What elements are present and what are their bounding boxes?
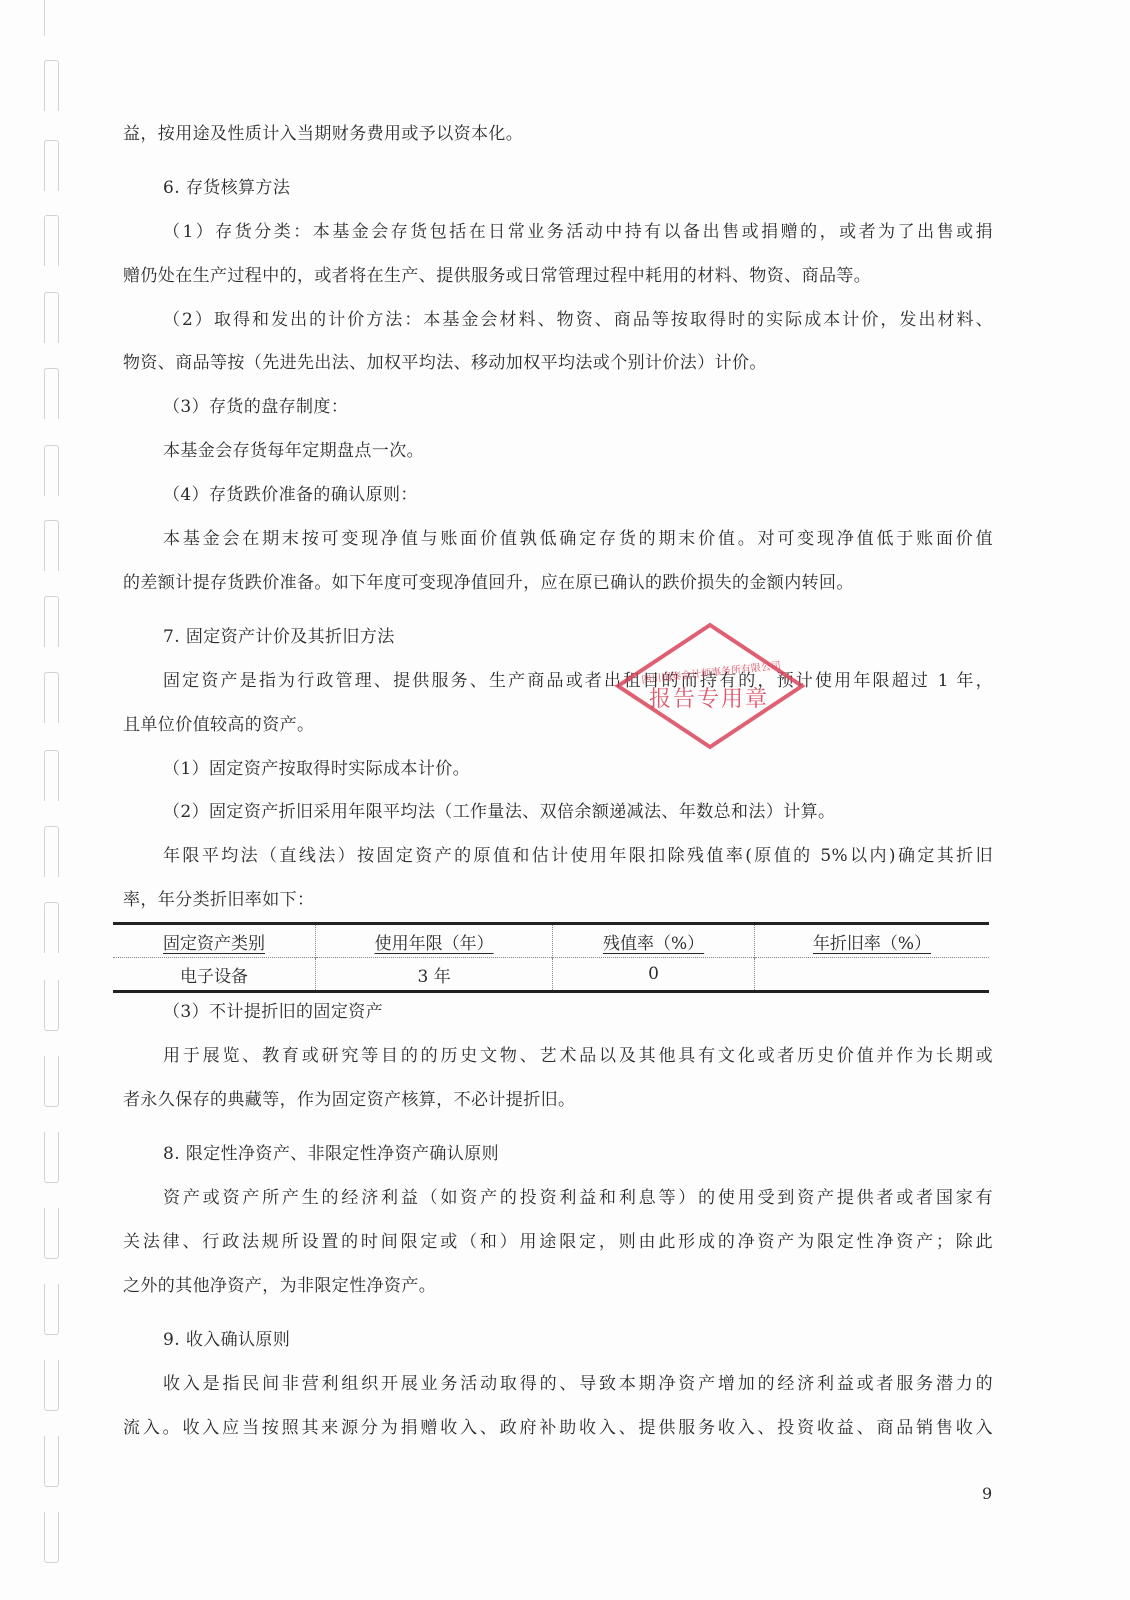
cell-useful-life: 3 年 [316,958,553,992]
cell-asset-category: 电子设备 [113,958,316,992]
binder-ring-icon [44,215,59,266]
section-heading-fixed-assets: 7. 固定资产计价及其折旧方法 [163,627,395,647]
paragraph-line: 之外的其他净资产，为非限定性净资产。 [123,1276,436,1296]
paragraph-line: 者永久保存的典藏等，作为固定资产核算，不必计提折旧。 [123,1090,575,1110]
paragraph-line: 且单位价值较高的资产。 [123,715,314,735]
binder-ring-icon [44,750,59,801]
binder-ring-icon [44,902,59,953]
binder-ring-icon [44,1208,59,1259]
paragraph-line: 流入。收入应当按照其来源分为捐赠收入、政府补助收入、提供服务收入、投资收益、商品… [123,1418,993,1438]
paragraph-line: 本基金会存货每年定期盘点一次。 [163,441,424,461]
depreciation-rate-table: 固定资产类别 使用年限（年） 残值率（%） 年折旧率（%） 电子设备 3 年 0 [113,922,989,993]
binder-ring-icon [44,1360,59,1411]
section-heading-net-assets: 8. 限定性净资产、非限定性净资产确认原则 [163,1144,499,1164]
binder-ring-icon [44,1284,59,1335]
paragraph-line: 年限平均法（直线法）按固定资产的原值和估计使用年限扣除残值率(原值的 5%以内)… [163,846,993,866]
table-header-row: 固定资产类别 使用年限（年） 残值率（%） 年折旧率（%） [113,924,989,958]
page-number: 9 [982,1484,992,1503]
paragraph-line: 的差额计提存货跌价准备。如下年度可变现净值回升，应在原已确认的跌价损失的金额内转… [123,573,854,593]
binder-ring-icon [44,60,59,111]
paragraph-line: 关法律、行政法规所设置的时间限定或（和）用途限定，则由此形成的净资产为限定性净资… [123,1232,993,1252]
paragraph-line: （3）不计提折旧的固定资产 [163,1002,383,1022]
paragraph-line: 率，年分类折旧率如下： [123,890,314,910]
binder-ring-icon [44,445,59,496]
column-header-residual-rate: 残值率（%） [553,924,755,958]
binder-ring-icon [44,140,59,191]
binder-edge-line [44,0,45,36]
paragraph-line: 物资、商品等按（先进先出法、加权平均法、移动加权平均法或个别计价法）计价。 [123,353,767,373]
cell-residual-rate: 0 [553,958,755,992]
paragraph-line: 固定资产是指为行政管理、提供服务、生产商品或者出租目的而持有的，预计使用年限超过… [163,671,993,691]
binder-ring-icon [44,1056,59,1107]
paragraph-line: 收入是指民间非营利组织开展业务活动取得的、导致本期净资产增加的经济利益或者服务潜… [163,1374,993,1394]
binder-ring-icon [44,596,59,647]
binder-ring-icon [44,292,59,343]
paragraph-line: （4）存货跌价准备的确认原则： [163,485,418,505]
column-header-annual-depreciation-rate: 年折旧率（%） [755,924,990,958]
binder-ring-icon [44,1436,59,1487]
paragraph-line: 益，按用途及性质计入当期财务费用或予以资本化。 [123,124,523,144]
section-heading-revenue: 9. 收入确认原则 [163,1330,290,1350]
paragraph-line: 赠仍处在生产过程中的，或者将在生产、提供服务或日常管理过程中耗用的材料、物资、商… [123,266,993,286]
binder-ring-icon [44,520,59,571]
column-header-asset-category: 固定资产类别 [113,924,316,958]
paragraph-line: 资产或资产所产生的经济利益（如资产的投资利益和利息等）的使用受到资产提供者或者国… [163,1188,993,1208]
cell-annual-depreciation-rate [755,958,990,992]
binder-ring-icon [44,1132,59,1183]
paragraph-line: （3）存货的盘存制度： [163,397,348,417]
binder-ring-icon [44,672,59,723]
binder-ring-icon [44,980,59,1031]
paragraph-line: 本基金会在期末按可变现净值与账面价值孰低确定存货的期末价值。对可变现净值低于账面… [163,529,993,549]
paragraph-line: （1）存货分类：本基金会存货包括在日常业务活动中持有以备出售或捐赠的，或者为了出… [163,222,993,242]
column-header-useful-life: 使用年限（年） [316,924,553,958]
binder-ring-margin [0,0,70,1600]
paragraph-line: （1）固定资产按取得时实际成本计价。 [163,759,470,779]
paragraph-line: 用于展览、教育或研究等目的的历史文物、艺术品以及其他具有文化或者历史价值并作为长… [163,1046,993,1066]
binder-ring-icon [44,1512,59,1563]
binder-ring-icon [44,826,59,877]
seal-purpose-text: 报告专用章 [644,682,774,713]
table-row: 电子设备 3 年 0 [113,958,989,992]
binder-ring-icon [44,368,59,419]
official-seal-stamp: 四川国泰会计师事务所有限公司 报告专用章 [614,622,806,750]
paragraph-line: （2）固定资产折旧采用年限平均法（工作量法、双倍余额递减法、年数总和法）计算。 [163,802,835,822]
paragraph-line: （2）取得和发出的计价方法：本基金会材料、物资、商品等按取得时的实际成本计价，发… [163,310,993,330]
section-heading-inventory: 6. 存货核算方法 [163,178,290,198]
